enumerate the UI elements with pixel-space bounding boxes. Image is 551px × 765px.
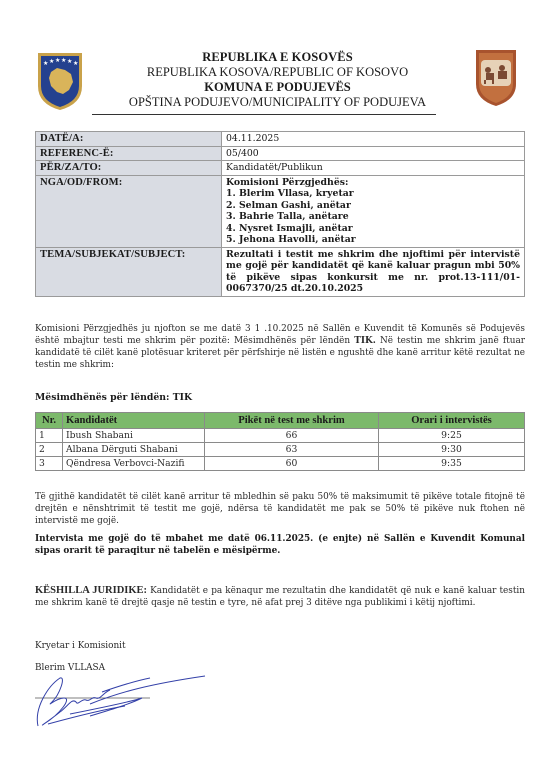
table-row: 2 Albana Dërguti Shabani 63 9:30 <box>36 443 525 457</box>
header-republic-sr-en: REPUBLIKA KOSOVA/REPUBLIC OF KOSOVO <box>90 65 465 80</box>
reference-value: 05/400 <box>222 146 525 161</box>
row-points: 63 <box>205 443 379 457</box>
signatory-role: Kryetar i Komisionit <box>35 641 126 651</box>
handwritten-signature-icon <box>30 668 210 738</box>
svg-text:★: ★ <box>49 58 54 65</box>
committee-member: 5. Jehona Havolli, anëtar <box>226 234 520 246</box>
col-interview-time: Orari i intervistës <box>379 413 525 429</box>
table-row: 3 Qëndresa Verbovci-Nazifi 60 9:35 <box>36 457 525 471</box>
svg-text:★: ★ <box>73 60 78 67</box>
legal-advice: KËSHILLA JURIDIKE: Kandidatët e pa kënaq… <box>35 585 525 609</box>
committee-member: 4. Nysret Ismajli, anëtar <box>226 223 520 235</box>
svg-text:★: ★ <box>67 58 72 65</box>
from-label: NGA/OD/FROM: <box>36 175 222 247</box>
col-points: Pikët në test me shkrim <box>205 413 379 429</box>
header-municipality-sr-en: OPŠTINA PODUJEVO/MUNICIPALITY OF PODUJEV… <box>90 95 465 110</box>
intro-subject-bold: TIK. <box>354 336 376 346</box>
memo-meta-table: DATË/A: 04.11.2025 REFERENC-Ë: 05/400 PË… <box>35 131 525 297</box>
intro-paragraph: Komisioni Përzgjedhës ju njofton se me d… <box>35 323 525 371</box>
committee-members: 1. Blerim Vllasa, kryetar 2. Selman Gash… <box>226 188 520 246</box>
row-points: 66 <box>205 429 379 443</box>
row-nr: 2 <box>36 443 63 457</box>
subject-label: TEMA/SUBJEKAT/SUBJECT: <box>36 247 222 296</box>
committee-heading: Komisioni Përzgjedhës: <box>226 177 520 189</box>
meta-row-subject: TEMA/SUBJEKAT/SUBJECT: Rezultati i testi… <box>36 247 525 296</box>
reference-label: REFERENC-Ë: <box>36 146 222 161</box>
results-heading: Mësimdhënës për lëndën: TIK <box>35 392 192 403</box>
committee-member: 3. Bahrie Talla, anëtare <box>226 211 520 223</box>
document-header: ★★★ ★★★ REPUBLIKA E KOSOVËS REPUBLIKA KO… <box>0 48 551 116</box>
svg-text:★: ★ <box>61 57 66 64</box>
from-value: Komisioni Përzgjedhës: 1. Blerim Vllasa,… <box>222 175 525 247</box>
svg-text:★: ★ <box>43 60 48 67</box>
date-value: 04.11.2025 <box>222 132 525 147</box>
meta-row-date: DATË/A: 04.11.2025 <box>36 132 525 147</box>
meta-row-reference: REFERENC-Ë: 05/400 <box>36 146 525 161</box>
row-nr: 1 <box>36 429 63 443</box>
row-time: 9:30 <box>379 443 525 457</box>
header-republic-sq: REPUBLIKA E KOSOVËS <box>90 50 465 65</box>
row-nr: 3 <box>36 457 63 471</box>
subject-value: Rezultati i testit me shkrim dhe njoftim… <box>222 247 525 296</box>
row-candidate: Ibush Shabani <box>63 429 205 443</box>
row-candidate: Albana Dërguti Shabani <box>63 443 205 457</box>
svg-text:★: ★ <box>55 57 60 64</box>
date-label: DATË/A: <box>36 132 222 147</box>
header-municipality-sq: KOMUNA E PODUJEVËS <box>90 80 465 95</box>
results-table: Nr. Kandidatët Pikët në test me shkrim O… <box>35 412 525 471</box>
podujeva-emblem-icon <box>474 48 518 108</box>
row-points: 60 <box>205 457 379 471</box>
results-header-row: Nr. Kandidatët Pikët në test me shkrim O… <box>36 413 525 429</box>
row-time: 9:35 <box>379 457 525 471</box>
meta-row-from: NGA/OD/FROM: Komisioni Përzgjedhës: 1. B… <box>36 175 525 247</box>
meta-row-to: PËR/ZA/TO: Kandidatët/Publikun <box>36 161 525 176</box>
header-text: REPUBLIKA E KOSOVËS REPUBLIKA KOSOVA/REP… <box>90 50 465 110</box>
committee-member: 1. Blerim Vllasa, kryetar <box>226 188 520 200</box>
to-value: Kandidatët/Publikun <box>222 161 525 176</box>
row-candidate: Qëndresa Verbovci-Nazifi <box>63 457 205 471</box>
col-nr: Nr. <box>36 413 63 429</box>
committee-member: 2. Selman Gashi, anëtar <box>226 200 520 212</box>
legal-advice-label: KËSHILLA JURIDIKE: <box>35 585 147 596</box>
kosovo-coat-of-arms-icon: ★★★ ★★★ <box>35 50 85 112</box>
to-label: PËR/ZA/TO: <box>36 161 222 176</box>
col-candidates: Kandidatët <box>63 413 205 429</box>
header-divider <box>92 114 436 115</box>
row-time: 9:25 <box>379 429 525 443</box>
interview-announcement: Intervista me gojë do të mbahet me datë … <box>35 533 525 557</box>
eligibility-notice: Të gjithë kandidatët të cilët kanë arrit… <box>35 491 525 527</box>
table-row: 1 Ibush Shabani 66 9:25 <box>36 429 525 443</box>
